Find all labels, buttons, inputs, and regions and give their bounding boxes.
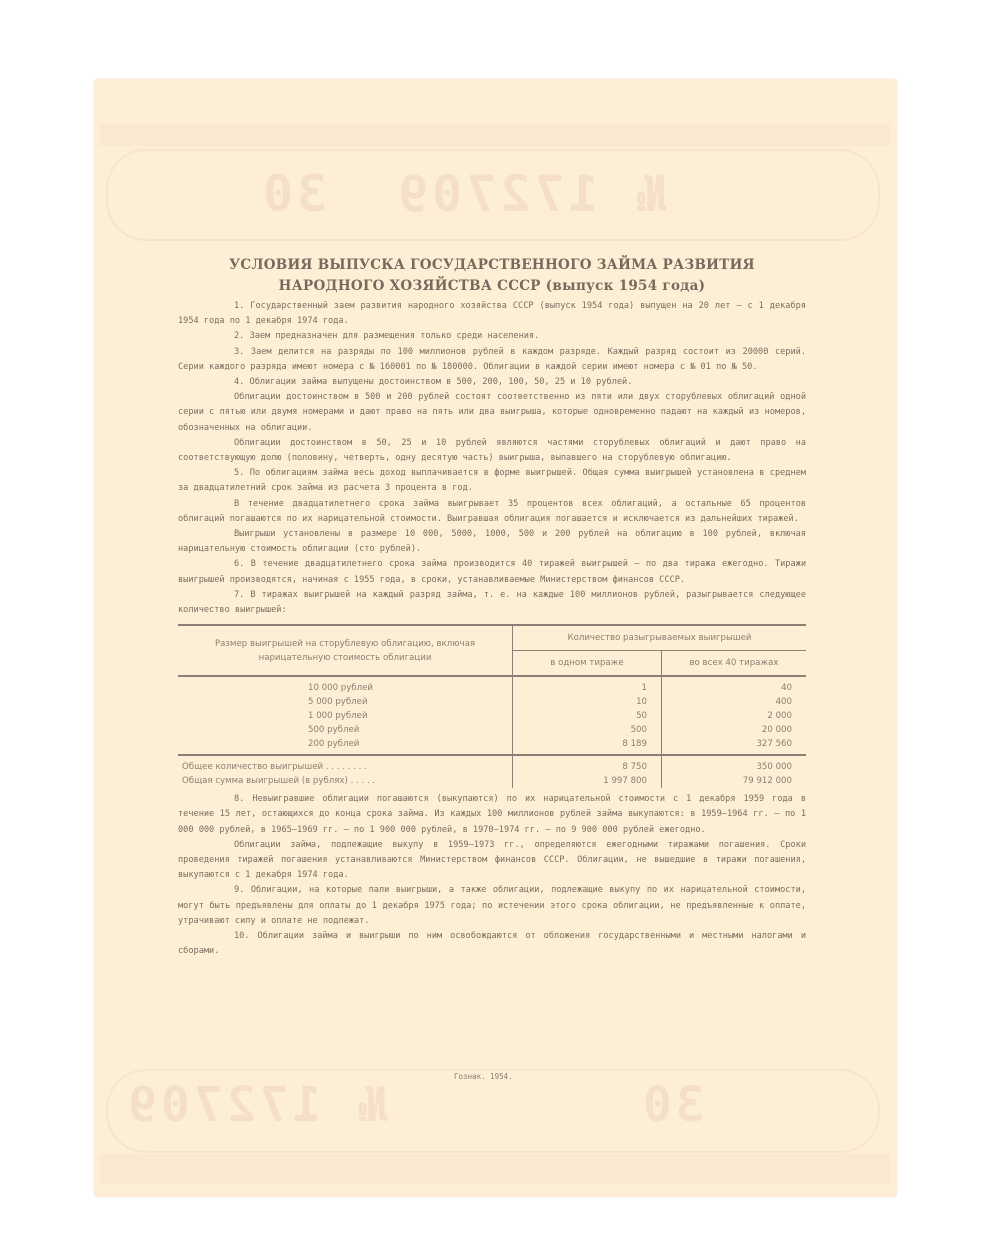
header-all-draws: во всех 40 тиражах: [662, 651, 807, 677]
paragraph-10: 10. Облигации займа и выигрыши по ним ос…: [178, 929, 806, 959]
paragraph-8a: Облигации займа, подлежащие выкупу в 195…: [178, 838, 806, 884]
show-through-number-bottom: № 172709: [124, 1077, 387, 1133]
table-row: 200 рублей 8 189 327 560: [178, 737, 806, 755]
show-through-band-bottom: [100, 1154, 890, 1184]
document-title-line1: УСЛОВИЯ ВЫПУСКА ГОСУДАРСТВЕННОГО ЗАЙМА Р…: [178, 255, 806, 276]
show-through-denomination-top: 30: [259, 165, 327, 223]
paragraph-5a: В течение двадцатилетнего срока займа вы…: [178, 497, 806, 527]
paragraph-2: 2. Заем предназначен для размещения толь…: [178, 329, 806, 344]
show-through-number-top: № 172709: [394, 165, 667, 223]
header-winnings-count: Количество разыгрываемых выигрышей: [513, 625, 807, 651]
table-total-row: Общее количество выигрышей . . . . . . .…: [178, 755, 806, 774]
paragraph-6: 6. В течение двадцатилетнего срока займа…: [178, 557, 806, 587]
table-row: 10 000 рублей 1 40: [178, 676, 806, 695]
table-total-row: Общая сумма выигрышей (в рублях) . . . .…: [178, 774, 806, 788]
paragraph-4a: Облигации достоинством в 500 и 200 рубле…: [178, 390, 806, 436]
paragraph-7: 7. В тиражах выигрышей на каждый разряд …: [178, 588, 806, 618]
paragraph-1: 1. Государственный заем развития народно…: [178, 299, 806, 329]
show-through-band-top: [100, 124, 890, 146]
table-row: 1 000 рублей 50 2 000: [178, 709, 806, 723]
printer-imprint: Гознак. 1954.: [454, 1072, 513, 1081]
paragraph-8: 8. Невыигравшие облигации погашаются (вы…: [178, 792, 806, 838]
table-row: 500 рублей 500 20 000: [178, 723, 806, 737]
paragraph-4b: Облигации достоинством в 50, 25 и 10 руб…: [178, 436, 806, 466]
header-per-draw: в одном тираже: [513, 651, 662, 677]
show-through-denomination-bottom: 30: [639, 1077, 705, 1133]
paragraph-3: 3. Заем делится на разряды по 100 миллио…: [178, 345, 806, 375]
header-win-size: Размер выигрышей на сторублевую облигаци…: [178, 625, 513, 676]
table-row: 5 000 рублей 10 400: [178, 695, 806, 709]
loan-conditions: УСЛОВИЯ ВЫПУСКА ГОСУДАРСТВЕННОГО ЗАЙМА Р…: [178, 255, 806, 960]
paragraph-4: 4. Облигации займа выпущены достоинством…: [178, 375, 806, 390]
paragraph-9: 9. Облигации, на которые пали выигрыши, …: [178, 883, 806, 929]
winnings-table: Размер выигрышей на сторублевую облигаци…: [178, 624, 806, 788]
document-title-line2: НАРОДНОГО ХОЗЯЙСТВА СССР (выпуск 1954 го…: [178, 276, 806, 297]
paragraphs-before-table: 1. Государственный заем развития народно…: [178, 299, 806, 618]
paragraph-5b: Выигрыши установлены в размере 10 000, 5…: [178, 527, 806, 557]
paragraph-5: 5. По облигациям займа весь доход выплач…: [178, 466, 806, 496]
paragraphs-after-table: 8. Невыигравшие облигации погашаются (вы…: [178, 792, 806, 959]
